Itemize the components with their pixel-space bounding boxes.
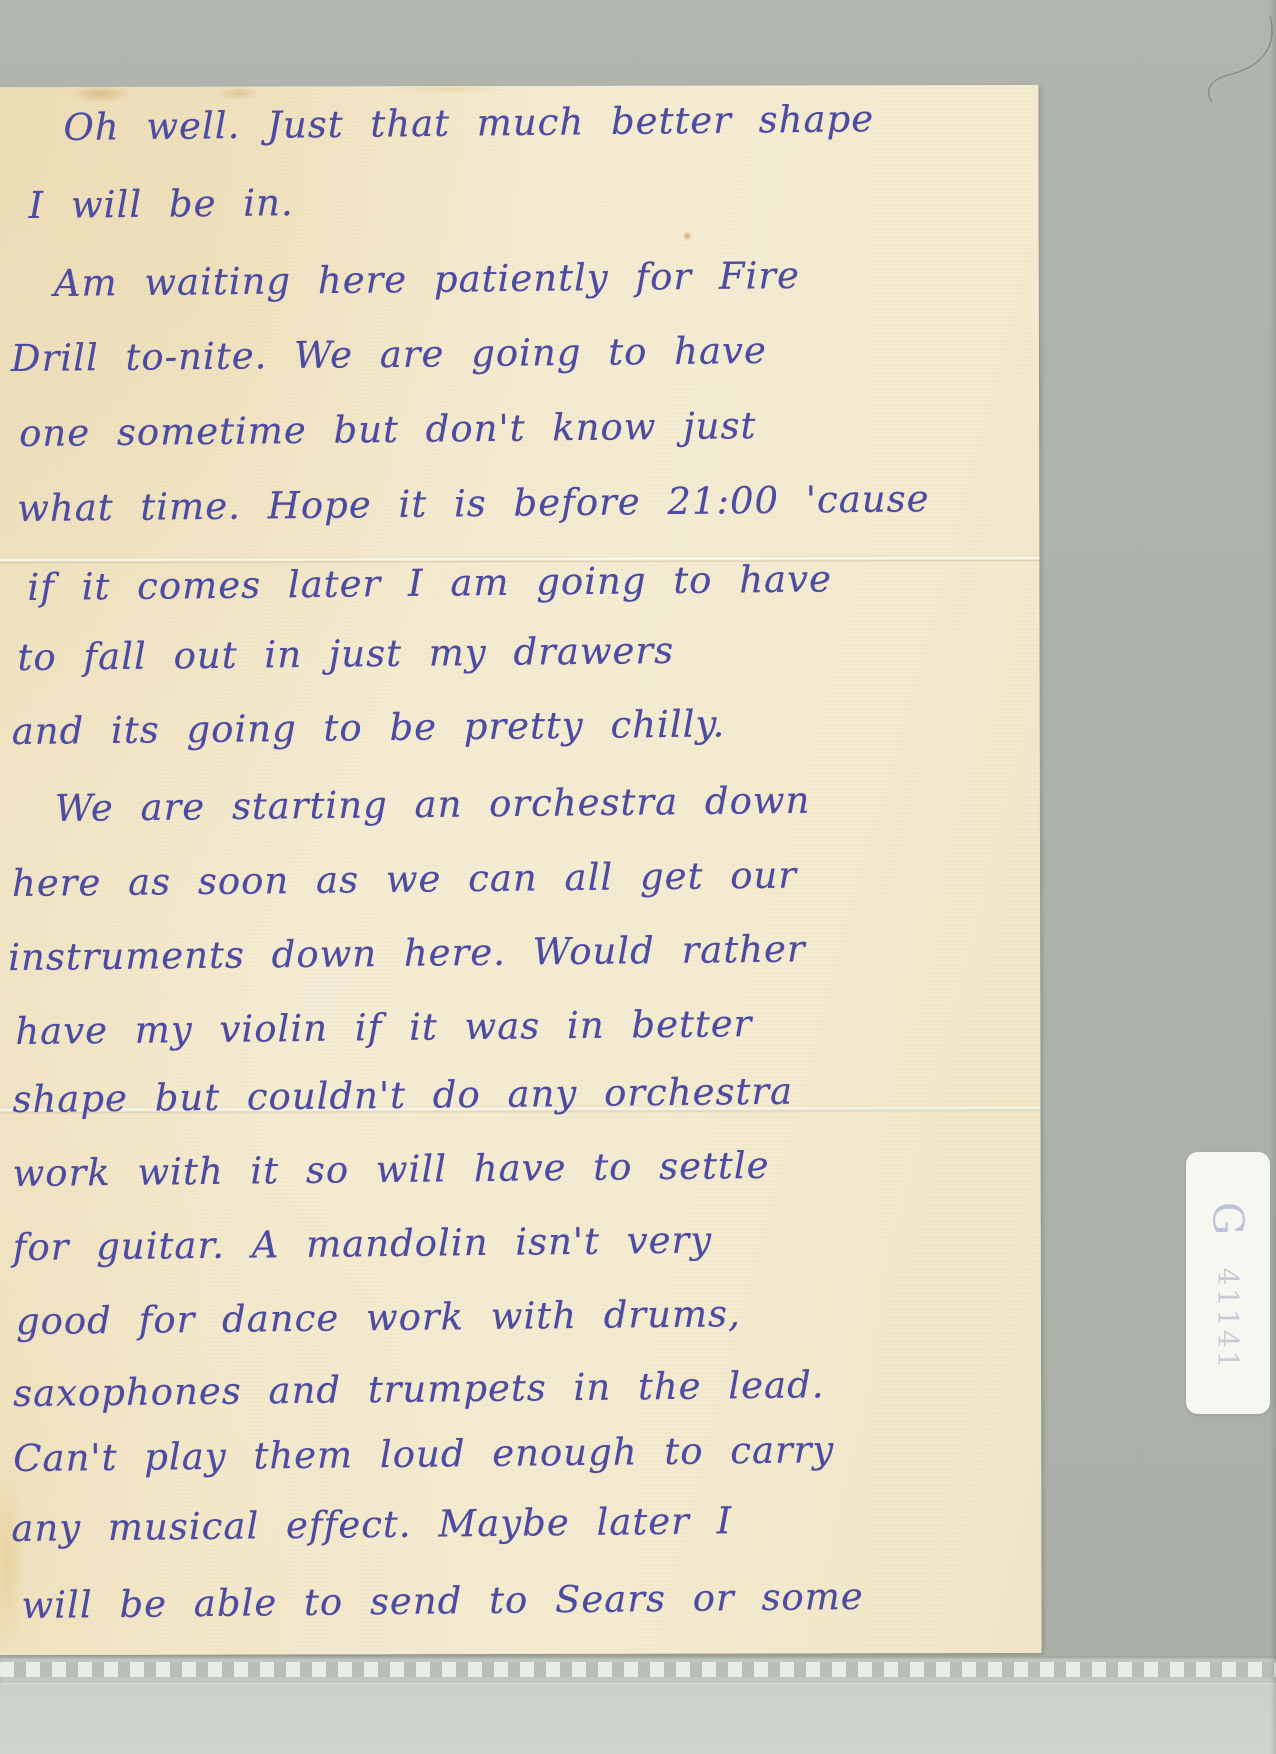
letter-line: one sometime but don't know just (19, 403, 757, 457)
letter-line: if it comes later I am going to have (27, 556, 832, 611)
letter-line: Can't play them loud enough to carry (13, 1427, 835, 1482)
letter-line: Am waiting here patiently for Fire (54, 253, 801, 307)
letter-line: We are starting an orchestra down (55, 778, 811, 832)
scan-background: Oh well. Just that much better shape I w… (0, 0, 1276, 1754)
letter-line: here as soon as we can all get our (12, 853, 797, 907)
letter-line: saxophones and trumpets in the lead. (13, 1362, 825, 1417)
letter-line: have my violin if it was in better (15, 1001, 752, 1055)
letter-line: any musical effect. Maybe later I (11, 1498, 732, 1552)
letter-line: and its going to be pretty chilly. (11, 701, 725, 755)
handwritten-text-block: Oh well. Just that much better shape I w… (0, 85, 1042, 1655)
letter-line: to fall out in just my drawers (17, 628, 674, 681)
letter-line: what time. Hope it is before 21:00 'caus… (17, 476, 930, 532)
letter-line: I will be in. (28, 180, 294, 229)
letter-paper: Oh well. Just that much better shape I w… (0, 85, 1042, 1655)
label-letter-mark: G (1204, 1202, 1253, 1236)
scan-edge-shadow (1270, 0, 1276, 1754)
letter-line: shape but couldn't do any orchestra (12, 1069, 793, 1123)
sleeve-bottom-panel (0, 1684, 1276, 1754)
sleeve-zip-squares (0, 1662, 1276, 1677)
letter-line: Drill to-nite. We are going to have (11, 328, 767, 382)
archival-label: G 41141 (1186, 1152, 1270, 1414)
label-number-mark: 41141 (1212, 1267, 1245, 1371)
letter-line: Oh well. Just that much better shape (63, 96, 874, 151)
letter-line: will be able to send to Sears or some (21, 1574, 864, 1629)
stray-fiber (1198, 12, 1276, 104)
letter-line: good for dance work with drums, (16, 1291, 741, 1345)
letter-line: work with it so will have to settle (12, 1143, 769, 1197)
letter-line: instruments down here. Would rather (8, 926, 806, 981)
letter-line: for guitar. A mandolin isn't very (13, 1217, 713, 1271)
sleeve-zip-strip (0, 1656, 1276, 1684)
